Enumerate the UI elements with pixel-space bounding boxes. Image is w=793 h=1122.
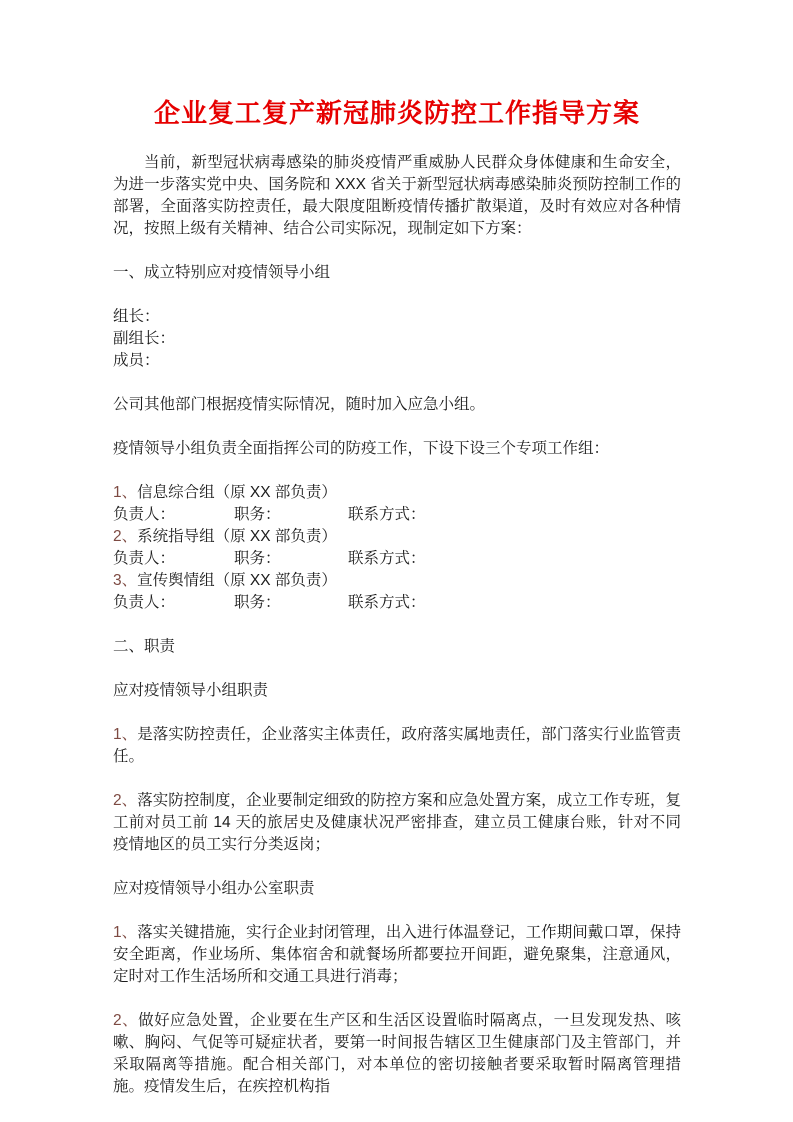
duty-item-number: 1、: [113, 726, 137, 743]
leader-field-label: 负责人：: [113, 548, 234, 570]
leadership-duty-item: 1、是落实防控责任，企业落实主体责任，政府落实属地责任，部门落实行业监管责任。: [113, 724, 681, 768]
section2-heading: 二、职责: [113, 636, 681, 658]
duty-item-number: 2、: [113, 1012, 138, 1029]
work-group-number: 3、: [113, 572, 137, 589]
work-group-name: 宣传舆情组（原 XX 部负责）: [137, 572, 337, 589]
leadership-roles-block: 组长： 副组长： 成员：: [113, 306, 681, 372]
leader-field-label: 负责人：: [113, 592, 234, 614]
work-group-item: 3、宣传舆情组（原 XX 部负责）: [113, 570, 681, 592]
work-group-fields-row: 负责人：职务：联系方式：: [113, 592, 681, 614]
work-group-number: 2、: [113, 528, 137, 545]
duty-item-text: 落实防控制度，企业要制定细致的防控方案和应急处置方案，成立工作专班，复工前对员工…: [113, 792, 681, 853]
duty-item-number: 2、: [113, 792, 137, 809]
section1-note-other-departments: 公司其他部门根据疫情实际情况，随时加入应急小组。: [113, 394, 681, 416]
office-duties-subheading: 应对疫情领导小组办公室职责: [113, 878, 681, 900]
page-title: 企业复工复产新冠肺炎防控工作指导方案: [113, 96, 681, 130]
duty-field-label: 职务：: [234, 592, 348, 614]
work-group-item: 1、信息综合组（原 XX 部负责）: [113, 482, 681, 504]
role-deputy-leader-label: 副组长：: [113, 328, 681, 350]
section1-note-work-groups: 疫情领导小组负责全面指挥公司的防疫工作，下设下设三个专项工作组：: [113, 438, 681, 460]
work-groups-list: 1、信息综合组（原 XX 部负责） 负责人：职务：联系方式： 2、系统指导组（原…: [113, 482, 681, 614]
work-group-fields-row: 负责人：职务：联系方式：: [113, 504, 681, 526]
duty-item-text: 落实关键措施，实行企业封闭管理，出入进行体温登记，工作期间戴口罩，保持安全距离，…: [113, 924, 681, 985]
duty-field-label: 职务：: [234, 504, 348, 526]
duty-item-number: 1、: [113, 924, 137, 941]
work-group-name: 信息综合组（原 XX 部负责）: [137, 484, 337, 501]
contact-field-label: 联系方式：: [348, 550, 426, 567]
role-members-label: 成员：: [113, 350, 681, 372]
role-leader-label: 组长：: [113, 306, 681, 328]
work-group-number: 1、: [113, 484, 137, 501]
contact-field-label: 联系方式：: [348, 506, 426, 523]
document-page: 企业复工复产新冠肺炎防控工作指导方案 当前，新型冠状病毒感染的肺炎疫情严重威胁人…: [0, 0, 793, 1122]
duty-field-label: 职务：: [234, 548, 348, 570]
section1-heading: 一、成立特别应对疫情领导小组: [113, 262, 681, 284]
leadership-duties-subheading: 应对疫情领导小组职责: [113, 680, 681, 702]
leader-field-label: 负责人：: [113, 504, 234, 526]
contact-field-label: 联系方式：: [348, 594, 426, 611]
work-group-item: 2、系统指导组（原 XX 部负责）: [113, 526, 681, 548]
intro-paragraph: 当前，新型冠状病毒感染的肺炎疫情严重威胁人民群众身体健康和生命安全，为进一步落实…: [113, 152, 681, 240]
work-group-name: 系统指导组（原 XX 部负责）: [137, 528, 337, 545]
office-duty-item: 2、做好应急处置，企业要在生产区和生活区设置临时隔离点，一旦发现发热、咳嗽、胸闷…: [113, 1010, 681, 1098]
duty-item-text: 是落实防控责任，企业落实主体责任，政府落实属地责任，部门落实行业监管责任。: [113, 726, 681, 765]
work-group-fields-row: 负责人：职务：联系方式：: [113, 548, 681, 570]
duty-item-text: 做好应急处置，企业要在生产区和生活区设置临时隔离点，一旦发现发热、咳嗽、胸闷、气…: [113, 1012, 681, 1095]
office-duty-item: 1、落实关键措施，实行企业封闭管理，出入进行体温登记，工作期间戴口罩，保持安全距…: [113, 922, 681, 988]
leadership-duty-item: 2、落实防控制度，企业要制定细致的防控方案和应急处置方案，成立工作专班，复工前对…: [113, 790, 681, 856]
